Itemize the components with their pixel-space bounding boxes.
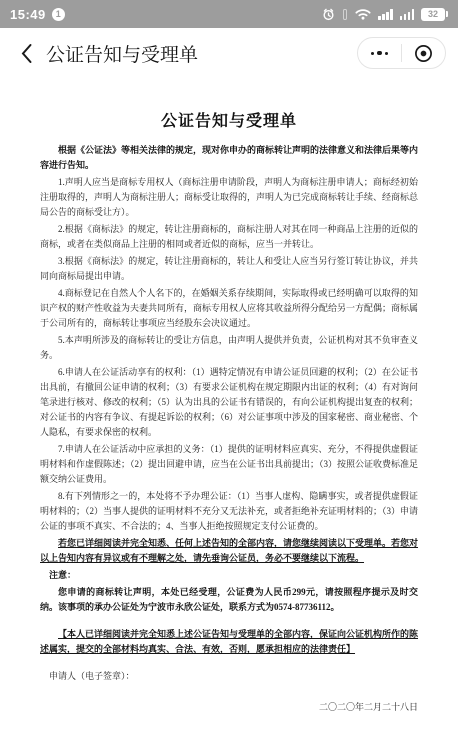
- signal-bars-sim1-icon: [378, 9, 393, 20]
- doc-paragraph: 注意：: [40, 568, 418, 583]
- doc-paragraph: 6.申请人在公证活动享有的权利：（1）遇特定情况有申请公证员回避的权利；（2）在…: [40, 365, 418, 440]
- doc-paragraphs: 根据《公证法》等相关法律的规定，现对你申办的商标转让声明的法律意义和法律后果等内…: [40, 143, 418, 715]
- back-chevron-icon: [20, 43, 32, 64]
- doc-paragraph: 1.声明人应当是商标专用权人（商标注册申请阶段，声明人为商标注册申请人；商标经初…: [40, 175, 418, 220]
- doc-paragraph: 2.根据《商标法》的规定，转让注册商标的，商标注册人对其在同一种商品上注册的近似…: [40, 222, 418, 252]
- more-button[interactable]: [358, 38, 401, 68]
- status-bar: 15:49 1 32: [0, 0, 458, 28]
- battery-nub: [446, 11, 448, 17]
- page-title: 公证告知与受理单: [46, 40, 357, 67]
- miniprogram-capsule: [357, 37, 446, 69]
- doc-paragraph: 8.有下列情形之一的，本处将不予办理公证：（1）当事人虚构、隐瞒事实，或者提供虚…: [40, 489, 418, 534]
- battery-percent: 32: [421, 8, 445, 21]
- close-button[interactable]: [402, 38, 445, 68]
- doc-title: 公证告知与受理单: [40, 108, 418, 131]
- doc-paragraph: 二〇二〇年二月二十八日: [40, 700, 418, 715]
- status-time: 15:49: [10, 7, 46, 22]
- notification-badge: 1: [52, 8, 65, 21]
- doc-paragraph: 7.申请人在公证活动中应承担的义务：（1）提供的证明材料应真实、充分，不得提供虚…: [40, 442, 418, 487]
- back-button[interactable]: [12, 35, 40, 71]
- doc-paragraph: 5.本声明所涉及的商标转让的受让方信息，由声明人提供并负责，公证机构对其不负审查…: [40, 333, 418, 363]
- signal-bars-sim2-icon: [400, 9, 415, 20]
- target-close-icon: [414, 44, 433, 63]
- doc-paragraph: 3.根据《商标法》的规定，转让注册商标的，转让人和受让人应当另行签订转让协议，并…: [40, 254, 418, 284]
- more-icon: [371, 51, 389, 56]
- doc-paragraph: 若您已详细阅读并完全知悉、任何上述告知的全部内容，请您继续阅读以下受理单。若您对…: [40, 536, 418, 566]
- notary-document: 公证告知与受理单 根据《公证法》等相关法律的规定，现对你申办的商标转让声明的法律…: [38, 84, 420, 715]
- screen: 15:49 1 32 公证告知与受理: [0, 0, 458, 744]
- nav-bar: 公证告知与受理单: [0, 28, 458, 78]
- doc-paragraph: 4.商标登记在自然人个人名下的，在婚姻关系存续期间，实际取得或已经明确可以取得的…: [40, 286, 418, 331]
- doc-paragraph: 【本人已详细阅读并完全知悉上述公证告知与受理单的全部内容，保证向公证机构所作的陈…: [40, 627, 418, 657]
- doc-paragraph: 您申请的商标转让声明，本处已经受理，公证费为人民币299元，请按照程序提示及时交…: [40, 585, 418, 615]
- vibrate-icon: [342, 9, 348, 20]
- doc-paragraph: 根据《公证法》等相关法律的规定，现对你申办的商标转让声明的法律意义和法律后果等内…: [40, 143, 418, 173]
- wifi-icon: [355, 8, 371, 20]
- doc-paragraph: 申请人（电子签章）：: [40, 669, 418, 684]
- battery-indicator: 32: [421, 8, 448, 21]
- alarm-icon: [322, 8, 335, 21]
